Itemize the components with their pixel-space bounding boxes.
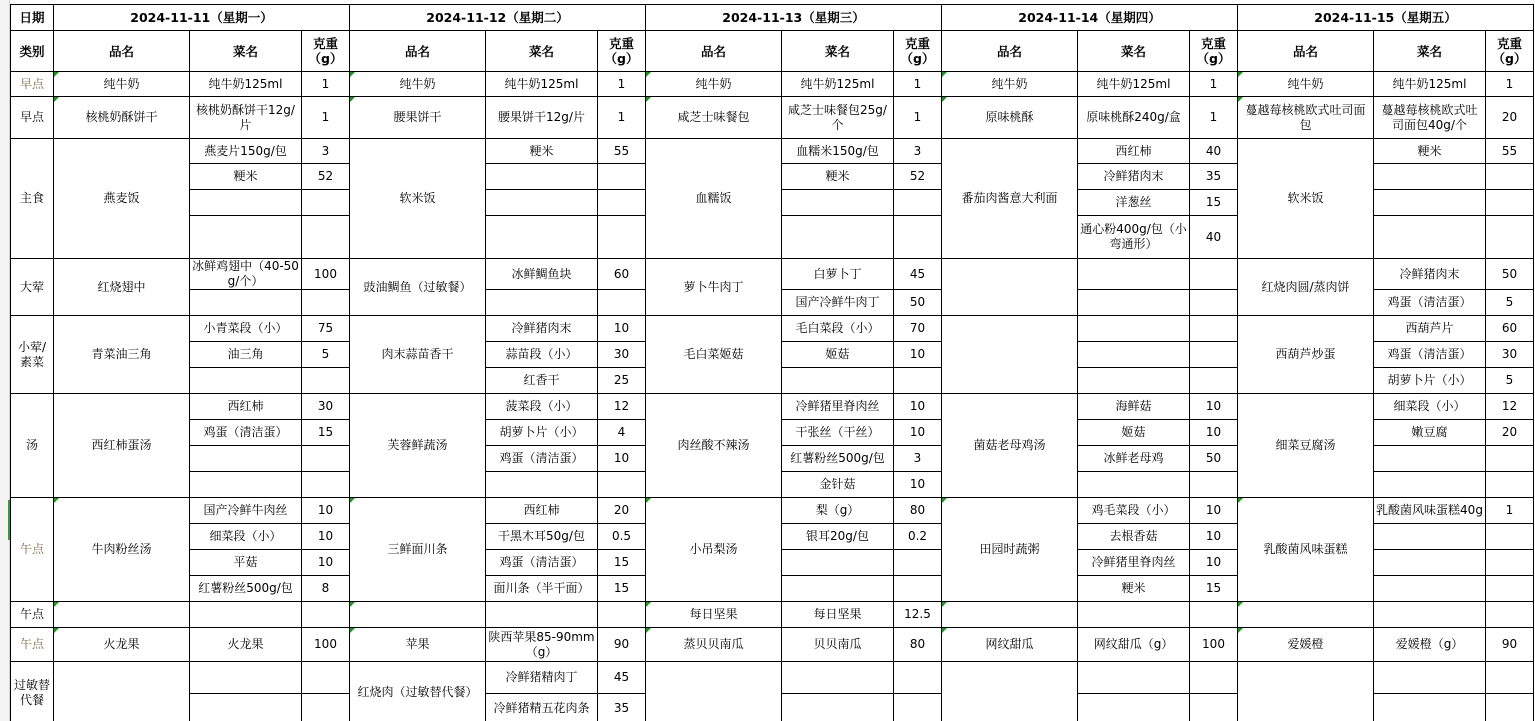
weight-cell[interactable] (302, 662, 350, 694)
item-cell[interactable]: 红烧肉圆/蒸肉饼 (1238, 259, 1374, 316)
item-cell[interactable]: 青菜油三角 (54, 316, 190, 394)
dish-cell[interactable] (782, 190, 894, 216)
dish-cell[interactable]: 贝贝南瓜 (782, 628, 894, 662)
weight-cell[interactable]: 1 (1190, 97, 1238, 139)
category-cell-breakfast1[interactable]: 早点 (11, 72, 54, 97)
weight-cell[interactable] (1190, 662, 1238, 694)
dish-cell[interactable] (782, 368, 894, 394)
dish-cell[interactable] (190, 190, 302, 216)
item-cell[interactable]: 芙蓉鲜蔬汤 (350, 394, 486, 498)
dish-cell[interactable] (1078, 662, 1190, 694)
weight-cell[interactable]: 10 (894, 420, 942, 446)
dish-cell[interactable]: 冷鲜猪精肉丁 (486, 662, 598, 694)
category-cell-soup[interactable]: 汤 (11, 394, 54, 498)
item-cell[interactable] (1238, 662, 1374, 721)
item-cell[interactable]: 肉丝酸不辣汤 (646, 394, 782, 498)
weight-cell[interactable]: 5 (1486, 368, 1534, 394)
dish-cell[interactable]: 陕西苹果85-90mm（g） (486, 628, 598, 662)
dish-cell[interactable] (1374, 602, 1486, 628)
weight-cell[interactable]: 10 (598, 316, 646, 342)
dish-cell[interactable]: 咸芝士味餐包25g/个 (782, 97, 894, 139)
dish-cell[interactable]: 冰鲜鲷鱼块 (486, 259, 598, 290)
category-cell-allergy[interactable]: 过敏替代餐 (11, 662, 54, 721)
dish-cell[interactable]: 海鲜菇 (1078, 394, 1190, 420)
dish-cell[interactable] (1078, 602, 1190, 628)
category-cell-snack2[interactable]: 午点 (11, 602, 54, 628)
weight-cell[interactable]: 15 (598, 576, 646, 602)
weight-cell[interactable] (1190, 472, 1238, 498)
dish-cell[interactable]: 鸡蛋（清洁蛋） (1374, 342, 1486, 368)
dish-cell[interactable] (782, 576, 894, 602)
weight-cell[interactable]: 100 (302, 259, 350, 290)
dish-cell[interactable] (190, 368, 302, 394)
dish-cell[interactable]: 粳米 (1078, 576, 1190, 602)
dish-cell[interactable]: 蒜苗段（小） (486, 342, 598, 368)
weight-cell[interactable] (302, 472, 350, 498)
item-cell[interactable]: 火龙果 (54, 628, 190, 662)
dish-cell[interactable] (190, 446, 302, 472)
item-cell[interactable]: 软米饭 (350, 139, 486, 259)
weight-cell[interactable]: 1 (894, 97, 942, 139)
item-cell[interactable]: 肉末蒜苗香干 (350, 316, 486, 394)
item-cell[interactable]: 红烧肉（过敏替代餐） (350, 662, 486, 721)
dish-cell[interactable]: 冷鲜猪里脊肉丝 (1078, 550, 1190, 576)
weight-cell[interactable] (1486, 576, 1534, 602)
dish-cell[interactable]: 鸡毛菜段（小） (1078, 498, 1190, 524)
weight-cell[interactable]: 0.5 (598, 524, 646, 550)
weight-cell[interactable]: 1 (302, 97, 350, 139)
item-cell[interactable]: 纯牛奶 (1238, 72, 1374, 97)
dish-cell[interactable]: 金针菇 (782, 472, 894, 498)
dish-cell[interactable] (782, 550, 894, 576)
weight-cell[interactable]: 55 (1486, 139, 1534, 164)
col-header-item[interactable]: 品名 (942, 31, 1078, 72)
dish-cell[interactable] (190, 216, 302, 259)
weight-cell[interactable]: 52 (894, 164, 942, 190)
weight-cell[interactable]: 70 (894, 316, 942, 342)
weight-cell[interactable]: 20 (1486, 420, 1534, 446)
dish-cell[interactable]: 国产冷鲜牛肉丝 (190, 498, 302, 524)
day-date-header[interactable]: 2024-11-14（星期四） (942, 5, 1238, 31)
weight-cell[interactable] (1486, 662, 1534, 694)
dish-cell[interactable] (1078, 342, 1190, 368)
day-date-header[interactable]: 2024-11-12（星期二） (350, 5, 646, 31)
dish-cell[interactable] (1374, 190, 1486, 216)
dish-cell[interactable]: 梨（g） (782, 498, 894, 524)
dish-cell[interactable]: 平菇 (190, 550, 302, 576)
weight-cell[interactable]: 80 (894, 628, 942, 662)
item-cell[interactable]: 纯牛奶 (54, 72, 190, 97)
dish-cell[interactable] (1374, 524, 1486, 550)
item-cell[interactable]: 番茄肉酱意大利面 (942, 139, 1078, 259)
item-cell[interactable]: 菌菇老母鸡汤 (942, 394, 1078, 498)
item-cell[interactable] (942, 602, 1078, 628)
weight-cell[interactable]: 1 (1486, 498, 1534, 524)
dish-cell[interactable]: 血糯米150g/包 (782, 139, 894, 164)
weight-cell[interactable] (894, 662, 942, 694)
item-cell[interactable] (350, 602, 486, 628)
dish-cell[interactable] (1078, 259, 1190, 290)
weight-cell[interactable] (302, 602, 350, 628)
weight-cell[interactable] (598, 164, 646, 190)
day-date-header[interactable]: 2024-11-11（星期一） (54, 5, 350, 31)
item-cell[interactable] (54, 662, 190, 721)
item-cell[interactable]: 纯牛奶 (350, 72, 486, 97)
weight-cell[interactable]: 3 (894, 446, 942, 472)
dish-cell[interactable]: 燕麦片150g/包 (190, 139, 302, 164)
category-label-cell[interactable]: 类别 (11, 31, 54, 72)
dish-cell[interactable]: 红薯粉丝500g/包 (190, 576, 302, 602)
dish-cell[interactable]: 鸡蛋（清洁蛋） (486, 550, 598, 576)
dish-cell[interactable]: 洋葱丝 (1078, 190, 1190, 216)
weight-cell[interactable] (302, 694, 350, 721)
item-cell[interactable]: 血糯饭 (646, 139, 782, 259)
dish-cell[interactable]: 蔓越莓核桃欧式吐司面包40g/个 (1374, 97, 1486, 139)
dish-cell[interactable]: 每日坚果 (782, 602, 894, 628)
weight-cell[interactable]: 12 (1486, 394, 1534, 420)
dish-cell[interactable] (190, 662, 302, 694)
dish-cell[interactable]: 红香干 (486, 368, 598, 394)
col-header-item[interactable]: 品名 (646, 31, 782, 72)
dish-cell[interactable] (1078, 472, 1190, 498)
item-cell[interactable]: 咸芝士味餐包 (646, 97, 782, 139)
weight-cell[interactable]: 1 (894, 72, 942, 97)
item-cell[interactable]: 爱媛橙 (1238, 628, 1374, 662)
weight-cell[interactable]: 15 (1190, 576, 1238, 602)
weight-cell[interactable]: 12 (598, 394, 646, 420)
category-cell-fruit[interactable]: 午点 (11, 628, 54, 662)
dish-cell[interactable] (1374, 550, 1486, 576)
dish-cell[interactable] (486, 216, 598, 259)
weight-cell[interactable] (302, 368, 350, 394)
weight-cell[interactable] (1190, 368, 1238, 394)
dish-cell[interactable]: 粳米 (486, 139, 598, 164)
weight-cell[interactable]: 10 (894, 394, 942, 420)
dish-cell[interactable]: 去根香菇 (1078, 524, 1190, 550)
weight-cell[interactable] (1190, 259, 1238, 290)
weight-cell[interactable]: 10 (894, 342, 942, 368)
weight-cell[interactable]: 90 (598, 628, 646, 662)
dish-cell[interactable] (1374, 216, 1486, 259)
dish-cell[interactable]: 西红柿 (486, 498, 598, 524)
dish-cell[interactable] (486, 190, 598, 216)
dish-cell[interactable] (486, 472, 598, 498)
item-cell[interactable]: 燕麦饭 (54, 139, 190, 259)
dish-cell[interactable]: 通心粉400g/包（小弯通形） (1078, 216, 1190, 259)
item-cell[interactable]: 小吊梨汤 (646, 498, 782, 602)
category-cell-main_dish[interactable]: 大荤 (11, 259, 54, 316)
weight-cell[interactable]: 10 (598, 446, 646, 472)
weight-cell[interactable]: 80 (894, 498, 942, 524)
weight-cell[interactable]: 8 (302, 576, 350, 602)
weight-cell[interactable]: 15 (302, 420, 350, 446)
weight-cell[interactable]: 20 (598, 498, 646, 524)
dish-cell[interactable]: 干黑木耳50g/包 (486, 524, 598, 550)
weight-cell[interactable]: 100 (302, 628, 350, 662)
dish-cell[interactable] (1374, 472, 1486, 498)
date-label-cell[interactable]: 日期 (11, 5, 54, 31)
dish-cell[interactable]: 乳酸菌风味蛋糕40g (1374, 498, 1486, 524)
weight-cell[interactable]: 40 (1190, 139, 1238, 164)
col-header-dish[interactable]: 菜名 (1078, 31, 1190, 72)
dish-cell[interactable] (486, 602, 598, 628)
dish-cell[interactable]: 细菜段（小） (1374, 394, 1486, 420)
weight-cell[interactable] (894, 190, 942, 216)
dish-cell[interactable] (1374, 694, 1486, 721)
item-cell[interactable] (942, 316, 1078, 394)
item-cell[interactable]: 西红柿蛋汤 (54, 394, 190, 498)
weight-cell[interactable]: 10 (302, 498, 350, 524)
weight-cell[interactable] (1486, 446, 1534, 472)
item-cell[interactable]: 纯牛奶 (942, 72, 1078, 97)
weight-cell[interactable]: 30 (1486, 342, 1534, 368)
dish-cell[interactable]: 西葫芦片 (1374, 316, 1486, 342)
item-cell[interactable]: 腰果饼干 (350, 97, 486, 139)
col-header-weight[interactable]: 克重（g） (598, 31, 646, 72)
dish-cell[interactable]: 冷鲜猪肉末 (1374, 259, 1486, 290)
weight-cell[interactable]: 30 (302, 394, 350, 420)
item-cell[interactable]: 网纹甜瓜 (942, 628, 1078, 662)
weight-cell[interactable] (598, 190, 646, 216)
dish-cell[interactable]: 面川条（半干面） (486, 576, 598, 602)
weight-cell[interactable]: 12.5 (894, 602, 942, 628)
dish-cell[interactable]: 冰鲜鸡翅中（40-50g/个） (190, 259, 302, 290)
weight-cell[interactable] (598, 216, 646, 259)
dish-cell[interactable]: 核桃奶酥饼干12g/片 (190, 97, 302, 139)
dish-cell[interactable]: 胡萝卜片（小） (486, 420, 598, 446)
col-header-item[interactable]: 品名 (1238, 31, 1374, 72)
dish-cell[interactable]: 胡萝卜片（小） (1374, 368, 1486, 394)
day-date-header[interactable]: 2024-11-13（星期三） (646, 5, 942, 31)
dish-cell[interactable] (486, 164, 598, 190)
weight-cell[interactable]: 20 (1486, 97, 1534, 139)
dish-cell[interactable]: 冰鲜老母鸡 (1078, 446, 1190, 472)
dish-cell[interactable]: 毛白菜段（小） (782, 316, 894, 342)
weight-cell[interactable]: 15 (598, 550, 646, 576)
weight-cell[interactable]: 25 (598, 368, 646, 394)
dish-cell[interactable]: 干张丝（干丝） (782, 420, 894, 446)
weight-cell[interactable]: 90 (1486, 628, 1534, 662)
weight-cell[interactable] (1486, 694, 1534, 721)
weight-cell[interactable] (598, 602, 646, 628)
item-cell[interactable]: 豉油鲷鱼（过敏餐） (350, 259, 486, 316)
col-header-weight[interactable]: 克重（g） (302, 31, 350, 72)
weight-cell[interactable]: 50 (1486, 259, 1534, 290)
weight-cell[interactable]: 1 (598, 97, 646, 139)
dish-cell[interactable]: 火龙果 (190, 628, 302, 662)
dish-cell[interactable]: 冷鲜猪肉末 (1078, 164, 1190, 190)
weight-cell[interactable]: 10 (1190, 550, 1238, 576)
item-cell[interactable]: 蒸贝贝南瓜 (646, 628, 782, 662)
col-header-dish[interactable]: 菜名 (190, 31, 302, 72)
col-header-dish[interactable]: 菜名 (486, 31, 598, 72)
dish-cell[interactable]: 冷鲜猪肉末 (486, 316, 598, 342)
item-cell[interactable] (1238, 602, 1374, 628)
weight-cell[interactable] (1190, 694, 1238, 721)
dish-cell[interactable] (190, 290, 302, 316)
item-cell[interactable]: 纯牛奶 (646, 72, 782, 97)
dish-cell[interactable]: 网纹甜瓜（g） (1078, 628, 1190, 662)
weight-cell[interactable]: 10 (1190, 498, 1238, 524)
weight-cell[interactable] (1486, 550, 1534, 576)
dish-cell[interactable]: 纯牛奶125ml (1374, 72, 1486, 97)
weight-cell[interactable]: 100 (1190, 628, 1238, 662)
category-cell-side_dish[interactable]: 小荤/素菜 (11, 316, 54, 394)
weight-cell[interactable]: 3 (894, 139, 942, 164)
weight-cell[interactable]: 1 (302, 72, 350, 97)
weight-cell[interactable] (1486, 472, 1534, 498)
weight-cell[interactable]: 3 (302, 139, 350, 164)
weight-cell[interactable] (302, 216, 350, 259)
weight-cell[interactable]: 0.2 (894, 524, 942, 550)
dish-cell[interactable]: 冷鲜猪里脊肉丝 (782, 394, 894, 420)
weight-cell[interactable] (894, 694, 942, 721)
item-cell[interactable]: 乳酸菌风味蛋糕 (1238, 498, 1374, 602)
item-cell[interactable]: 核桃奶酥饼干 (54, 97, 190, 139)
weight-cell[interactable]: 10 (894, 472, 942, 498)
weight-cell[interactable]: 10 (1190, 420, 1238, 446)
weight-cell[interactable]: 40 (1190, 216, 1238, 259)
weight-cell[interactable] (1190, 602, 1238, 628)
weight-cell[interactable]: 30 (598, 342, 646, 368)
day-date-header[interactable]: 2024-11-15（星期五） (1238, 5, 1534, 31)
weight-cell[interactable]: 55 (598, 139, 646, 164)
item-cell[interactable]: 毛白菜姬菇 (646, 316, 782, 394)
dish-cell[interactable]: 粳米 (1374, 139, 1486, 164)
dish-cell[interactable]: 鸡蛋（清洁蛋） (190, 420, 302, 446)
dish-cell[interactable] (782, 662, 894, 694)
weight-cell[interactable]: 35 (1190, 164, 1238, 190)
dish-cell[interactable]: 粳米 (782, 164, 894, 190)
dish-cell[interactable]: 纯牛奶125ml (190, 72, 302, 97)
col-header-weight[interactable]: 克重（g） (1486, 31, 1534, 72)
dish-cell[interactable]: 纯牛奶125ml (1078, 72, 1190, 97)
weight-cell[interactable] (1486, 602, 1534, 628)
item-cell[interactable]: 西葫芦炒蛋 (1238, 316, 1374, 394)
dish-cell[interactable]: 纯牛奶125ml (782, 72, 894, 97)
weight-cell[interactable] (1486, 190, 1534, 216)
weight-cell[interactable]: 45 (894, 259, 942, 290)
weight-cell[interactable] (894, 576, 942, 602)
dish-cell[interactable]: 西红柿 (1078, 139, 1190, 164)
dish-cell[interactable] (190, 472, 302, 498)
item-cell[interactable]: 细菜豆腐汤 (1238, 394, 1374, 498)
col-header-dish[interactable]: 菜名 (1374, 31, 1486, 72)
dish-cell[interactable]: 嫩豆腐 (1374, 420, 1486, 446)
weight-cell[interactable]: 1 (598, 72, 646, 97)
col-header-dish[interactable]: 菜名 (782, 31, 894, 72)
dish-cell[interactable]: 白萝卜丁 (782, 259, 894, 290)
weight-cell[interactable]: 10 (302, 524, 350, 550)
weight-cell[interactable] (302, 190, 350, 216)
dish-cell[interactable] (190, 602, 302, 628)
weight-cell[interactable]: 10 (1190, 524, 1238, 550)
dish-cell[interactable] (782, 216, 894, 259)
dish-cell[interactable]: 鸡蛋（清洁蛋） (1374, 290, 1486, 316)
dish-cell[interactable]: 鸡蛋（清洁蛋） (486, 446, 598, 472)
item-cell[interactable]: 牛肉粉丝汤 (54, 498, 190, 602)
col-header-weight[interactable]: 克重（g） (1190, 31, 1238, 72)
weight-cell[interactable] (894, 216, 942, 259)
weight-cell[interactable] (1190, 290, 1238, 316)
weight-cell[interactable] (1486, 216, 1534, 259)
item-cell[interactable]: 软米饭 (1238, 139, 1374, 259)
dish-cell[interactable] (1078, 368, 1190, 394)
dish-cell[interactable] (1078, 694, 1190, 721)
dish-cell[interactable] (1374, 576, 1486, 602)
item-cell[interactable]: 苹果 (350, 628, 486, 662)
weight-cell[interactable]: 10 (1190, 394, 1238, 420)
weight-cell[interactable]: 1 (1190, 72, 1238, 97)
weight-cell[interactable]: 15 (1190, 190, 1238, 216)
dish-cell[interactable]: 姬菇 (782, 342, 894, 368)
weight-cell[interactable]: 5 (302, 342, 350, 368)
dish-cell[interactable] (1078, 290, 1190, 316)
item-cell[interactable] (54, 602, 190, 628)
weight-cell[interactable] (1190, 316, 1238, 342)
item-cell[interactable] (942, 259, 1078, 316)
col-header-item[interactable]: 品名 (350, 31, 486, 72)
item-cell[interactable]: 蔓越莓核桃欧式吐司面包 (1238, 97, 1374, 139)
weight-cell[interactable]: 4 (598, 420, 646, 446)
weight-cell[interactable] (894, 368, 942, 394)
item-cell[interactable]: 红烧翅中 (54, 259, 190, 316)
weight-cell[interactable]: 10 (302, 550, 350, 576)
weight-cell[interactable]: 52 (302, 164, 350, 190)
item-cell[interactable]: 田园时蔬粥 (942, 498, 1078, 602)
dish-cell[interactable]: 红薯粉丝500g/包 (782, 446, 894, 472)
dish-cell[interactable]: 粳米 (190, 164, 302, 190)
weight-cell[interactable] (302, 290, 350, 316)
category-cell-staple[interactable]: 主食 (11, 139, 54, 259)
weight-cell[interactable]: 75 (302, 316, 350, 342)
weight-cell[interactable]: 50 (1190, 446, 1238, 472)
dish-cell[interactable] (190, 694, 302, 721)
dish-cell[interactable]: 姬菇 (1078, 420, 1190, 446)
dish-cell[interactable]: 油三角 (190, 342, 302, 368)
item-cell[interactable] (942, 662, 1078, 721)
item-cell[interactable] (646, 662, 782, 721)
weight-cell[interactable] (894, 550, 942, 576)
weight-cell[interactable]: 60 (598, 259, 646, 290)
dish-cell[interactable] (1374, 446, 1486, 472)
col-header-weight[interactable]: 克重（g） (894, 31, 942, 72)
dish-cell[interactable]: 菠菜段（小） (486, 394, 598, 420)
weight-cell[interactable] (598, 472, 646, 498)
weight-cell[interactable] (302, 446, 350, 472)
weight-cell[interactable]: 35 (598, 694, 646, 721)
dish-cell[interactable]: 国产冷鲜牛肉丁 (782, 290, 894, 316)
dish-cell[interactable]: 腰果饼干12g/片 (486, 97, 598, 139)
dish-cell[interactable] (1374, 662, 1486, 694)
dish-cell[interactable]: 原味桃酥240g/盒 (1078, 97, 1190, 139)
weight-cell[interactable]: 45 (598, 662, 646, 694)
weight-cell[interactable] (1190, 342, 1238, 368)
dish-cell[interactable]: 西红柿 (190, 394, 302, 420)
dish-cell[interactable]: 爱媛橙（g） (1374, 628, 1486, 662)
weight-cell[interactable]: 5 (1486, 290, 1534, 316)
dish-cell[interactable]: 银耳20g/包 (782, 524, 894, 550)
item-cell[interactable]: 萝卜牛肉丁 (646, 259, 782, 316)
dish-cell[interactable] (1374, 164, 1486, 190)
weight-cell[interactable] (1486, 524, 1534, 550)
weight-cell[interactable] (598, 290, 646, 316)
weight-cell[interactable] (1486, 164, 1534, 190)
dish-cell[interactable]: 纯牛奶125ml (486, 72, 598, 97)
dish-cell[interactable] (782, 694, 894, 721)
col-header-item[interactable]: 品名 (54, 31, 190, 72)
item-cell[interactable]: 原味桃酥 (942, 97, 1078, 139)
